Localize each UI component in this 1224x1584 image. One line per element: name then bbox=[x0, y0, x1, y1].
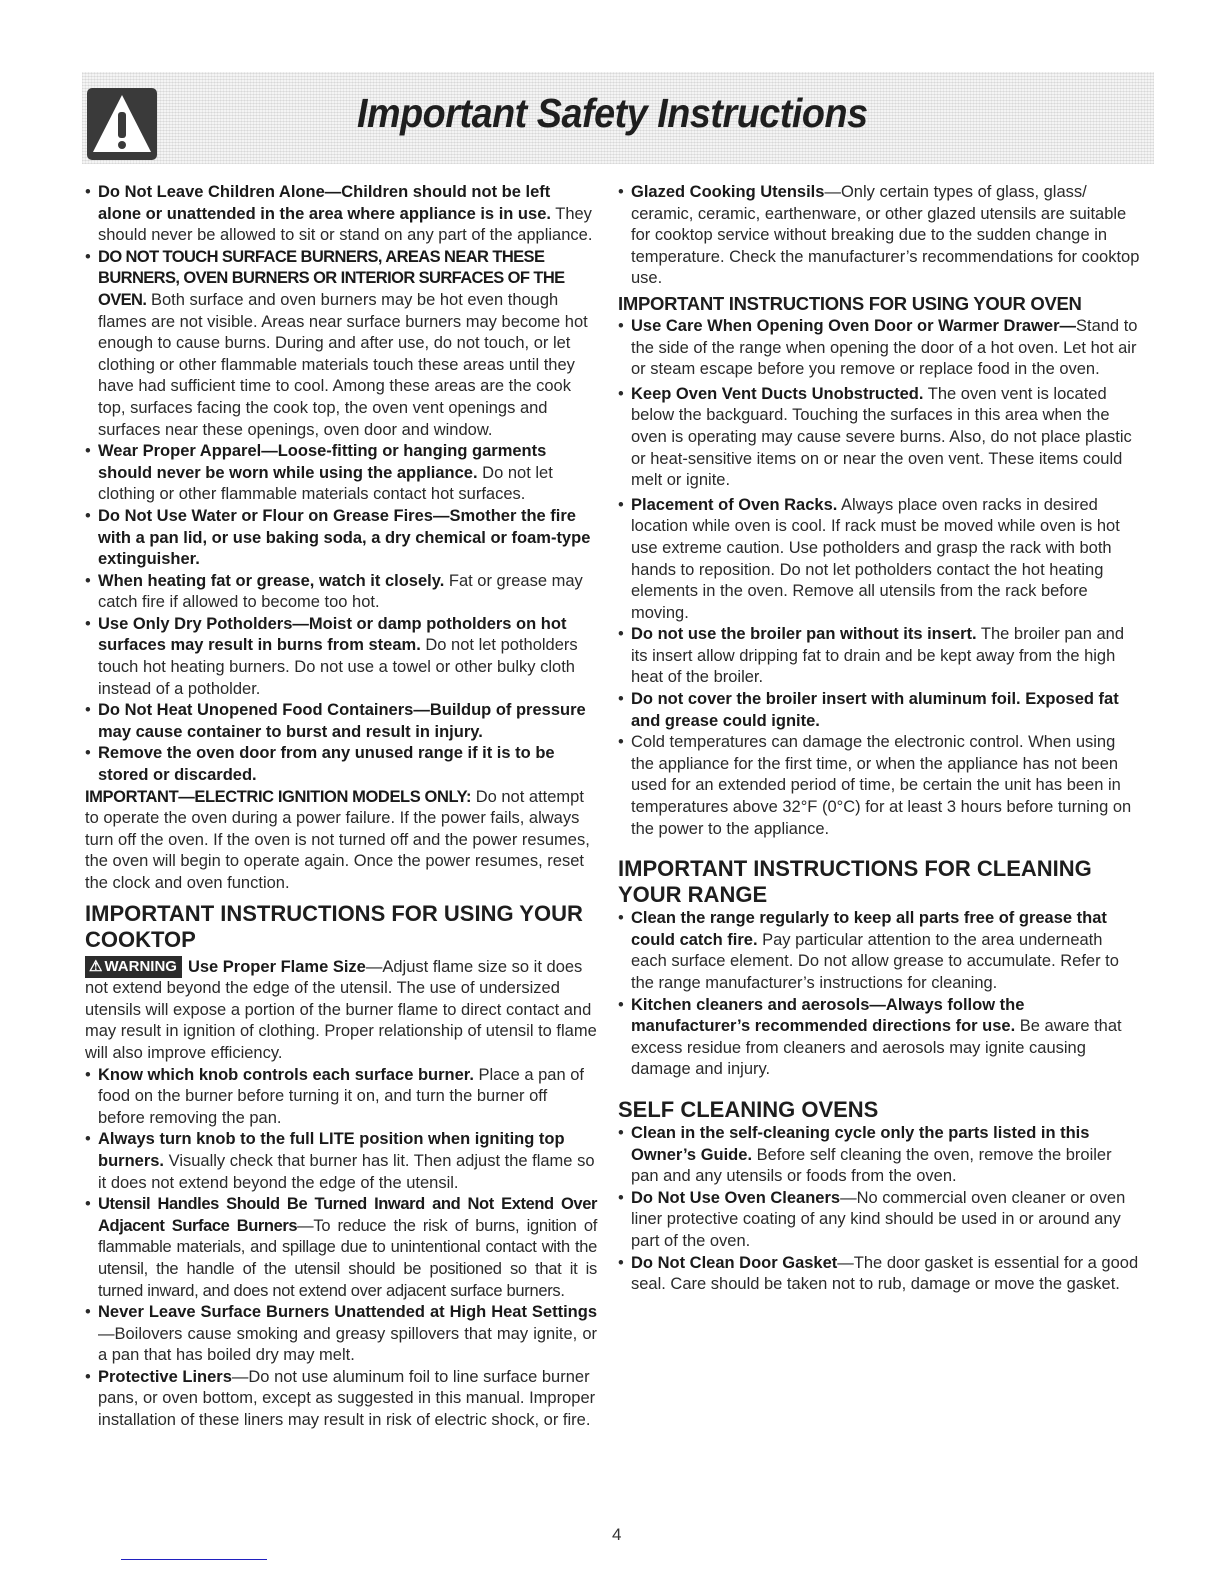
section-heading-cleaning: IMPORTANT INSTRUCTIONS FOR CLEANING YOUR… bbox=[618, 856, 1141, 908]
cooktop-item: Always turn knob to the full LITE positi… bbox=[85, 1129, 597, 1194]
oven-item: Do not cover the broiler insert with alu… bbox=[618, 689, 1141, 732]
cooktop-item: Know which knob controls each surface bu… bbox=[85, 1065, 597, 1130]
safety-item: Use Only Dry Potholders—Moist or damp po… bbox=[85, 614, 597, 700]
safety-item: Wear Proper Apparel—Loose-fitting or han… bbox=[85, 441, 597, 506]
cooktop-item: Never Leave Surface Burners Unattended a… bbox=[85, 1302, 597, 1367]
safety-item: Remove the oven door from any unused ran… bbox=[85, 743, 597, 786]
warning-triangle-icon bbox=[87, 88, 157, 160]
warning-triangle-icon: ⚠ bbox=[89, 957, 102, 977]
section-heading-self-cleaning: SELF CLEANING OVENS bbox=[618, 1097, 1141, 1123]
page-title: Important Safety Instructions bbox=[357, 90, 868, 137]
self-clean-item: Do Not Clean Door Gasket—The door gasket… bbox=[618, 1253, 1141, 1296]
safety-item: DO NOT TOUCH SURFACE BURNERS, AREAS NEAR… bbox=[85, 247, 597, 441]
left-column: Do Not Leave Children Alone—Children sho… bbox=[85, 182, 597, 1432]
cooktop-item: Glazed Cooking Utensils—Only certain typ… bbox=[618, 182, 1141, 290]
self-clean-item: Clean in the self-cleaning cycle only th… bbox=[618, 1123, 1141, 1188]
cooktop-item: Utensil Handles Should Be Turned Inward … bbox=[85, 1194, 597, 1302]
page-number: 4 bbox=[612, 1525, 621, 1545]
section-heading-cooktop: IMPORTANT INSTRUCTIONS FOR USING YOUR CO… bbox=[85, 901, 597, 953]
oven-item: Use Care When Opening Oven Door or Warme… bbox=[618, 316, 1141, 381]
oven-item: Cold temperatures can damage the electro… bbox=[618, 732, 1141, 840]
header-banner: Important Safety Instructions bbox=[82, 72, 1154, 164]
cleaning-item: Kitchen cleaners and aerosols—Always fol… bbox=[618, 995, 1141, 1081]
safety-item: Do Not Leave Children Alone—Children sho… bbox=[85, 182, 597, 247]
safety-item: Do Not Use Water or Flour on Grease Fire… bbox=[85, 506, 597, 571]
cooktop-item: Protective Liners—Do not use aluminum fo… bbox=[85, 1367, 597, 1432]
electric-ignition-note: IMPORTANT—ELECTRIC IGNITION MODELS ONLY:… bbox=[85, 787, 597, 895]
cleaning-item: Clean the range regularly to keep all pa… bbox=[618, 908, 1141, 994]
warning-badge: ⚠WARNING bbox=[85, 956, 182, 978]
footer-rule bbox=[121, 1559, 267, 1560]
section-heading-oven: IMPORTANT INSTRUCTIONS FOR USING YOUR OV… bbox=[618, 292, 1141, 316]
oven-item: Keep Oven Vent Ducts Unobstructed. The o… bbox=[618, 384, 1141, 492]
warning-flame-size: ⚠WARNINGUse Proper Flame Size—Adjust fla… bbox=[85, 956, 597, 1065]
oven-item: Do not use the broiler pan without its i… bbox=[618, 624, 1141, 689]
right-column: Glazed Cooking Utensils—Only certain typ… bbox=[618, 182, 1141, 1296]
safety-item: When heating fat or grease, watch it clo… bbox=[85, 571, 597, 614]
oven-item: Placement of Oven Racks. Always place ov… bbox=[618, 495, 1141, 625]
self-clean-item: Do Not Use Oven Cleaners—No commercial o… bbox=[618, 1188, 1141, 1253]
safety-item: Do Not Heat Unopened Food Containers—Bui… bbox=[85, 700, 597, 743]
